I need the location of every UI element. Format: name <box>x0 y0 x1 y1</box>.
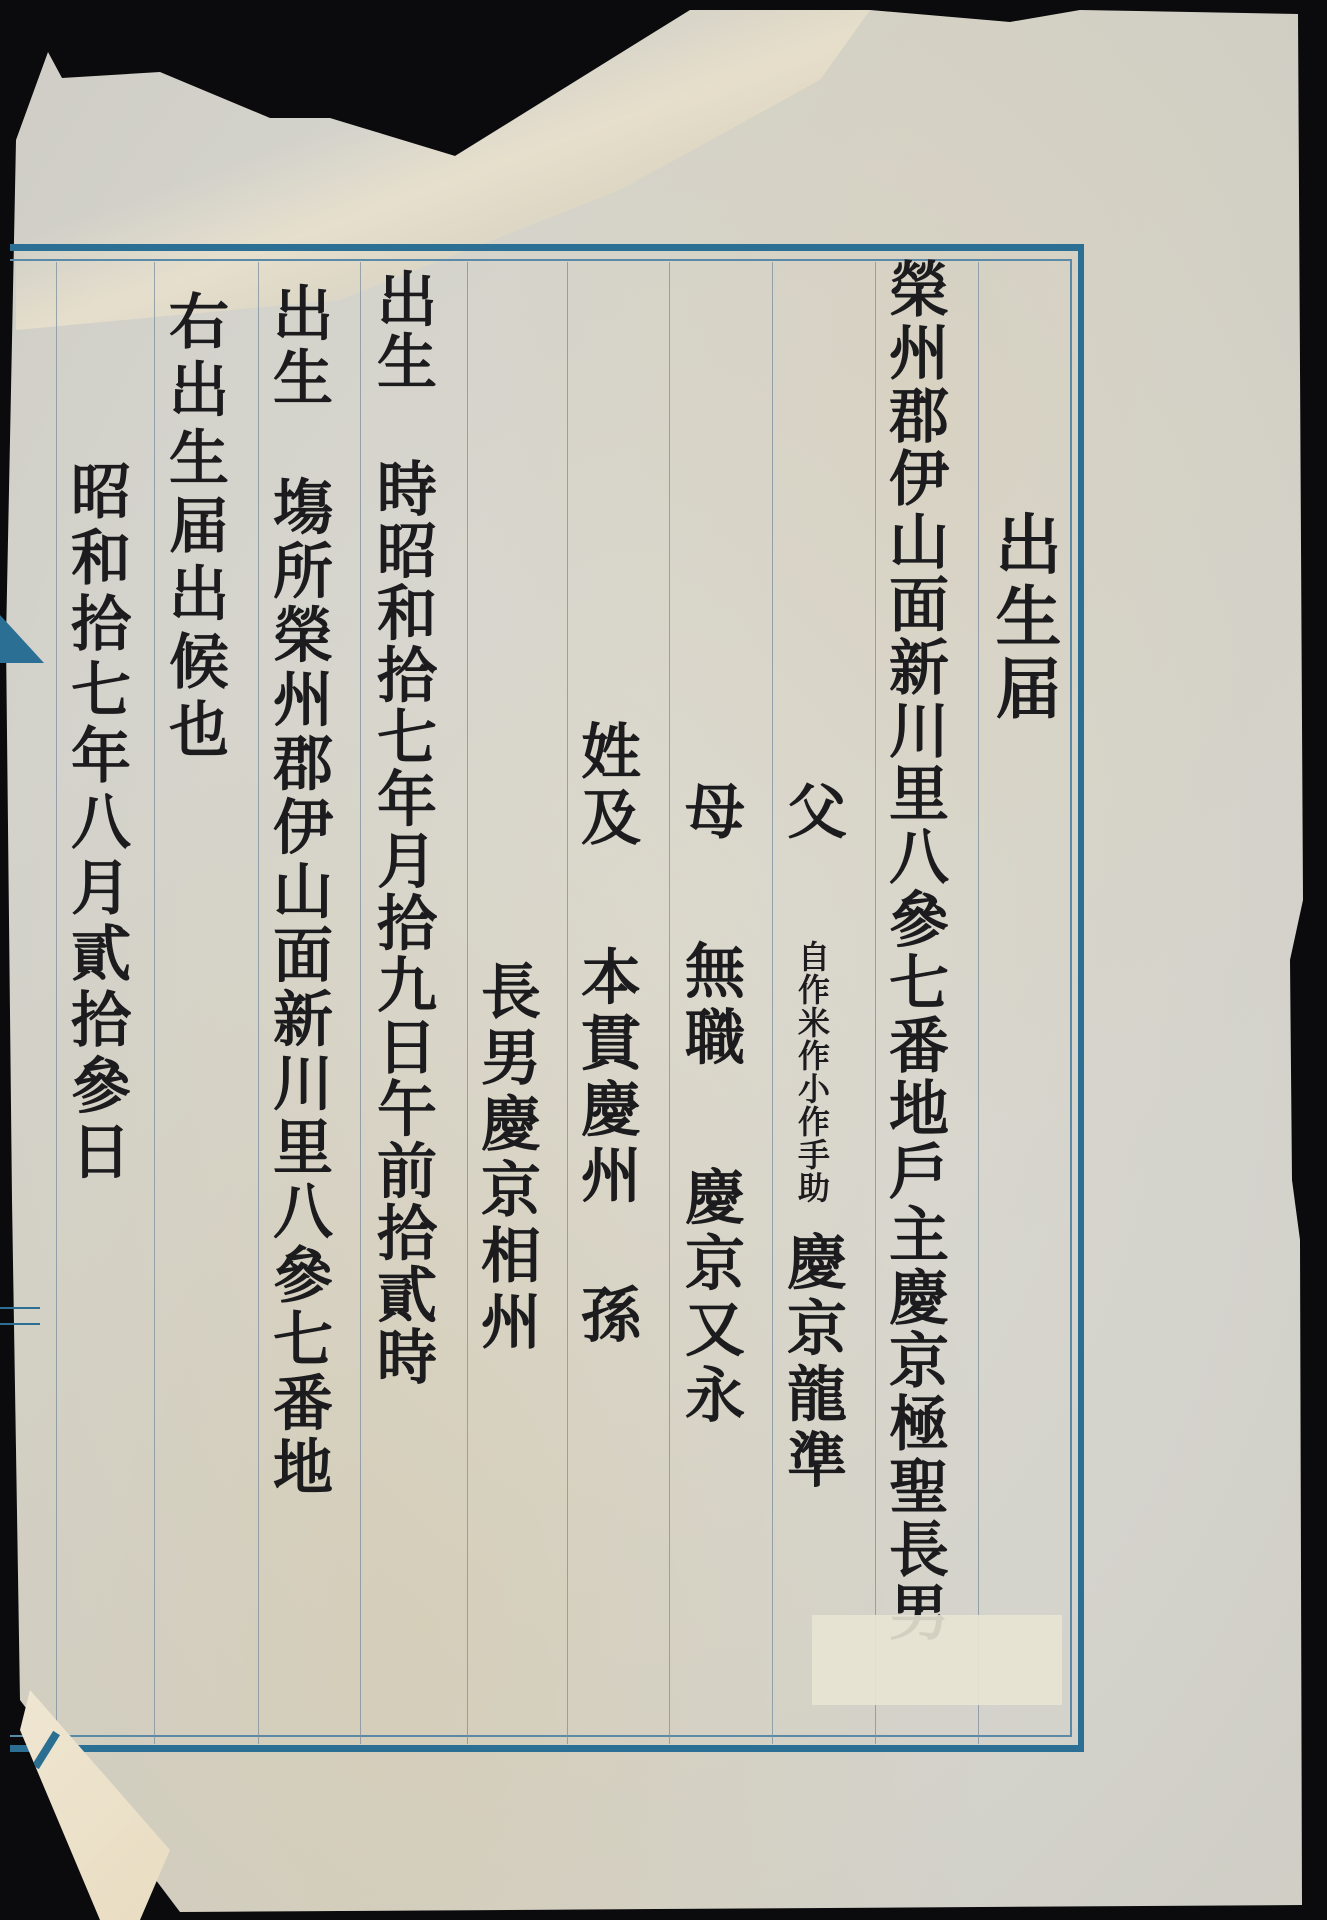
column-rule <box>467 262 468 1744</box>
birth-place-row: 出生 塲所榮州郡伊山面新川里八參七番地 <box>268 282 328 1500</box>
surname-origin-value: 慶州 <box>571 1078 641 1210</box>
birth-time-row: 出生 時昭和拾七年月拾九日午前拾貳時 <box>372 268 432 1388</box>
birth-time-value: 昭和拾七年月拾九日午前拾貳時 <box>367 520 437 1388</box>
column-rule <box>567 262 568 1744</box>
household-address: 榮州郡伊山面新川里八參七番地戶主慶京極聖長男 <box>884 258 944 1644</box>
mother-row: 母 無職 慶京又永 <box>680 780 740 1430</box>
surname-origin-suffix: 孫 <box>571 1284 641 1350</box>
mother-name: 慶京又永 <box>675 1166 745 1430</box>
surname-origin-label-1: 姓及 <box>571 720 641 852</box>
column-rule <box>772 262 773 1744</box>
birth-time-label-2: 時 <box>367 458 437 520</box>
column-rule <box>56 262 57 1744</box>
mother-occupation: 無職 <box>675 940 745 1072</box>
birth-place-label-2: 塲所 <box>263 476 333 604</box>
father-name: 慶京龍準 <box>777 1231 847 1495</box>
surname-origin-label-2: 本貫 <box>571 946 641 1078</box>
child-relation: 長男 <box>471 960 541 1092</box>
father-row: 父 自作米作小作手助 慶京龍準 <box>782 780 842 1495</box>
father-label: 父 <box>777 780 847 846</box>
father-occupation-1: 自作米作 <box>795 940 829 1072</box>
father-occupation-2: 小作手助 <box>795 1072 829 1204</box>
household-address-text: 榮州郡伊山面新川里八參七番地戶主慶京極聖 <box>879 258 949 1518</box>
closing-statement: 右出生届出候也 <box>164 290 224 766</box>
column-rule <box>669 262 670 1744</box>
birth-place-value: 榮州郡伊山面新川里八參七番地 <box>263 604 333 1500</box>
surname-origin-row: 姓及 本貫慶州 孫 <box>576 720 636 1350</box>
filing-date: 昭和拾七年八月貳拾參日 <box>66 460 126 1186</box>
column-rule <box>875 262 876 1744</box>
correction-patch <box>812 1615 1062 1705</box>
column-rule <box>154 262 155 1744</box>
column-rule <box>978 262 979 1744</box>
birth-place-label-1: 出生 <box>263 282 333 410</box>
birth-time-label-1: 出生 <box>367 268 437 392</box>
child-name: 慶京相州 <box>471 1092 541 1356</box>
child-row: 長男慶京相州 <box>476 960 536 1356</box>
mother-label: 母 <box>675 780 745 846</box>
column-rule <box>258 262 259 1744</box>
form-title: 出生届 <box>990 510 1056 726</box>
column-rule <box>360 262 361 1744</box>
